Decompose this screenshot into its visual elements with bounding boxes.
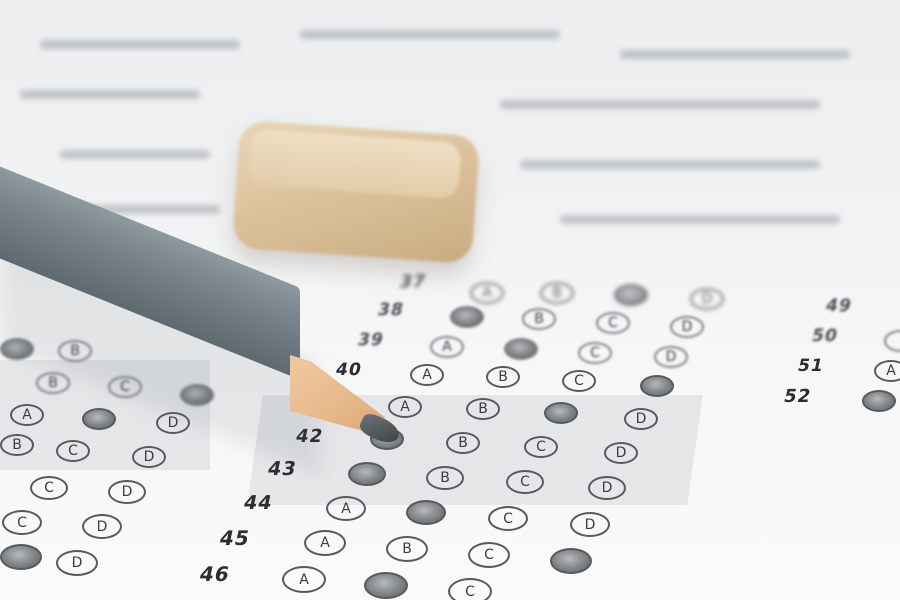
bubble-c[interactable]: C	[596, 312, 630, 334]
bubble-a[interactable]: A	[282, 566, 326, 593]
bubble-b[interactable]: B	[446, 432, 480, 454]
bubble-d[interactable]: D	[588, 476, 626, 500]
question-number: 38	[376, 300, 406, 320]
bubble-d[interactable]: D	[604, 442, 638, 464]
bubble-a[interactable]: A	[326, 496, 366, 521]
bubble-d[interactable]: D	[624, 408, 658, 430]
question-number: 37	[398, 272, 428, 292]
photo-scene: 37 A B D 38 B C D 39 A C D 40 A B C A B …	[0, 0, 900, 600]
question-number: 46	[197, 562, 232, 586]
bubble-filled[interactable]	[0, 544, 42, 570]
bubble-d[interactable]: D	[670, 316, 704, 338]
bubble-a[interactable]: A	[388, 396, 422, 418]
pencil	[0, 215, 360, 365]
question-number: 39	[356, 330, 386, 350]
question-number: 49	[824, 296, 854, 316]
bubble-d[interactable]: D	[56, 550, 98, 576]
bubble-c[interactable]: C	[524, 436, 558, 458]
bubble-c-filled[interactable]	[82, 408, 116, 430]
bubble-a[interactable]: A	[470, 282, 504, 304]
bubble-a[interactable]: A	[410, 364, 444, 386]
bubble-c[interactable]: C	[506, 470, 544, 494]
bubble-b[interactable]: B	[0, 434, 34, 456]
bubble-a-filled[interactable]	[450, 306, 484, 328]
bubble-b[interactable]: B	[540, 282, 574, 304]
bubble-d-filled[interactable]	[640, 375, 674, 397]
bubble-a[interactable]	[884, 330, 900, 352]
question-number: 50	[810, 326, 840, 346]
bubble-d-filled[interactable]	[550, 548, 592, 574]
bubble-d[interactable]: D	[654, 346, 688, 368]
bubble-d[interactable]: D	[570, 512, 610, 537]
bubble-a-filled[interactable]	[348, 462, 386, 486]
bubble-c-filled[interactable]	[614, 284, 648, 306]
bubble-c[interactable]: C	[30, 476, 68, 500]
bubble-c[interactable]: C	[578, 342, 612, 364]
question-number: 51	[796, 356, 826, 376]
bubble-c[interactable]: C	[468, 542, 510, 568]
bubble-a[interactable]: A	[874, 360, 900, 382]
bubble-b[interactable]: B	[386, 536, 428, 562]
bubble-c-filled[interactable]	[544, 402, 578, 424]
bubble-d[interactable]: D	[108, 480, 146, 504]
bubble-b[interactable]: B	[486, 366, 520, 388]
bubble-a[interactable]: A	[10, 404, 44, 426]
bubble-d[interactable]: D	[690, 288, 724, 310]
question-number: 45	[217, 526, 252, 550]
bubble-c[interactable]: C	[2, 510, 42, 535]
bubble-c[interactable]: C	[56, 440, 90, 462]
bubble-b[interactable]: B	[522, 308, 556, 330]
bubble-c[interactable]: C	[448, 578, 492, 600]
bubble-a-filled[interactable]	[862, 390, 896, 412]
bubble-a[interactable]: A	[430, 336, 464, 358]
bubble-a[interactable]: A	[304, 530, 346, 556]
bubble-d[interactable]: D	[132, 446, 166, 468]
bubble-b-filled[interactable]	[364, 572, 408, 599]
bubble-c[interactable]: C	[562, 370, 596, 392]
bubble-b[interactable]: B	[466, 398, 500, 420]
bubble-d[interactable]: D	[82, 514, 122, 539]
bubble-c[interactable]: C	[488, 506, 528, 531]
question-number: 52	[782, 386, 814, 407]
bubble-b[interactable]: B	[426, 466, 464, 490]
eraser-top-face	[248, 129, 461, 200]
question-number: 44	[242, 492, 275, 514]
bubble-b-filled[interactable]	[504, 338, 538, 360]
bubble-b[interactable]: B	[36, 372, 70, 394]
bubble-b-filled[interactable]	[406, 500, 446, 525]
